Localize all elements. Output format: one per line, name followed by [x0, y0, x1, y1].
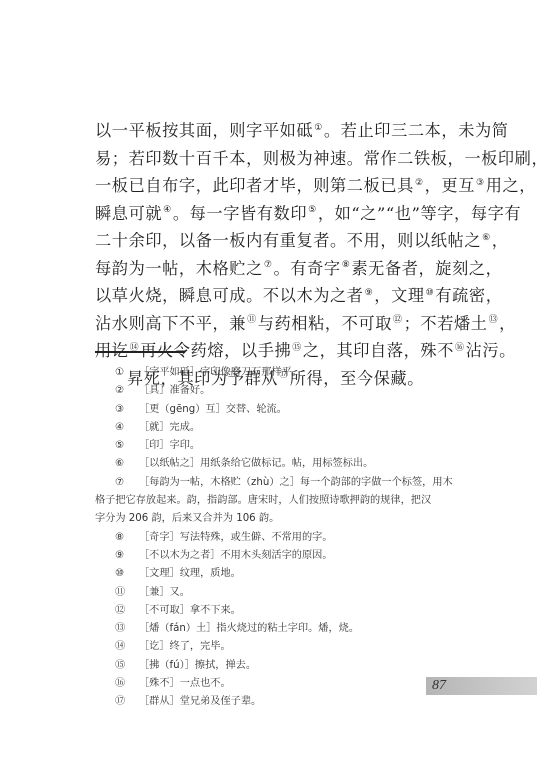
footnote-text: ［文理］纹理，质地。: [139, 568, 241, 579]
footnote-continuation: 格子把它存放起来。韵，指韵部。唐宋时，人们按照诗歌押韵的规律，把汉: [95, 492, 470, 510]
footnote-item: ⑧［奇字］写法特殊，或生僻、不常用的字。: [95, 529, 470, 547]
text-line: 易；若印数十百千本，则极为神速。常作二铁板，一板印刷，: [95, 145, 470, 173]
footnote-item: ④［就］完成。: [95, 419, 470, 437]
footnote-text: ［奇字］写法特殊，或生僻、不常用的字。: [139, 532, 333, 543]
footnote-number: ⑤: [115, 437, 139, 455]
text-segment: ；不若燔土: [404, 314, 488, 333]
text-line: 以草火烧，瞬息可成。不以木为之者⑨，文理⑩有疏密，: [95, 282, 470, 310]
text-segment: 瞬息可就: [95, 204, 162, 223]
text-line: 二十余印，以备一板内有重复者。不用，则以纸帖之⑥，: [95, 227, 470, 255]
text-segment: 沾水则高下不平，兼: [95, 314, 246, 333]
text-line: 每韵为一帖，木格贮之⑦。有奇字⑧素无备者，旋刻之，: [95, 255, 470, 283]
text-segment: 以草火烧，瞬息可成。不以木为之者: [95, 286, 364, 305]
footnote-text: ［不可取］拿不下来。: [139, 605, 241, 616]
footnote-text: ［兼］又。: [139, 587, 190, 598]
text-segment: 每韵为一帖，木格贮之: [95, 259, 263, 278]
footnote-text: ［印］字印。: [139, 440, 200, 451]
text-line: 以一平板按其面，则字平如砥①。若止印三二本，未为简: [95, 117, 470, 145]
text-segment: 素无备者，旋刻之，: [351, 259, 502, 278]
footnote-item: ⑯［殊不］一点也不。: [95, 675, 470, 693]
footnote-item: ⑪［兼］又。: [95, 584, 470, 602]
footnote-marker: ⑪: [247, 315, 257, 325]
footnote-item: ⑮［拂（fú）］擦拭，掸去。: [95, 657, 470, 675]
footnote-continuation: 字分为 206 韵，后来又合并为 106 韵。: [95, 510, 470, 528]
footnote-marker: ③: [476, 178, 485, 188]
text-segment: 之，其印自落，殊不: [303, 341, 454, 360]
footnote-item: ⑰［群从］堂兄弟及侄子辈。: [95, 693, 470, 711]
footnote-number: ⑭: [115, 638, 139, 656]
footnote-text: ［更（gēng）互］交替、轮流。: [139, 404, 287, 415]
footnote-divider: [95, 351, 185, 353]
footnote-text: ［殊不］一点也不。: [139, 678, 231, 689]
footnote-marker: ⑬: [489, 315, 499, 325]
text-segment: ，: [492, 231, 509, 250]
book-page: 以一平板按其面，则字平如砥①。若止印三二本，未为简易；若印数十百千本，则极为神速…: [0, 0, 550, 778]
footnote-text: ［群从］堂兄弟及侄子辈。: [139, 696, 261, 707]
text-segment: 用之，: [486, 176, 536, 195]
text-segment: 二十余印，以备一板内有重复者。不用，则以纸帖之: [95, 231, 481, 250]
footnote-text: ［燔（fán）土］指火烧过的粘土字印。燔，烧。: [139, 623, 359, 634]
footnote-marker: ⑯: [455, 343, 465, 353]
footnote-item: ⑦［每韵为一帖，木格贮（zhù）之］每一个韵部的字做一个标签，用木: [95, 474, 470, 492]
text-segment: 。有奇字: [274, 259, 341, 278]
footnote-text: ［字平如砥］字印像磨刀石那样平。: [139, 367, 302, 378]
footnote-marker: ④: [163, 205, 172, 215]
footnote-number: ⑥: [115, 455, 139, 473]
text-segment: 。每一字皆有数印: [173, 204, 307, 223]
footnote-number: ⑫: [115, 602, 139, 620]
page-number-tab: 87: [426, 677, 537, 695]
footnote-number: ⑯: [115, 675, 139, 693]
footnote-text: ［拂（fú）］擦拭，掸去。: [139, 660, 256, 671]
footnote-number: ⑩: [115, 565, 139, 583]
footnotes: ①［字平如砥］字印像磨刀石那样平。②［具］准备好。③［更（gēng）互］交替、轮…: [95, 364, 470, 712]
footnote-number: ⑨: [115, 547, 139, 565]
footnote-marker: ⑫: [393, 315, 403, 325]
footnote-number: ④: [115, 419, 139, 437]
footnote-marker: ①: [314, 123, 323, 133]
text-segment: ，更互: [425, 176, 475, 195]
footnote-marker: ⑮: [292, 343, 302, 353]
footnote-marker: ⑨: [365, 288, 374, 298]
footnote-text: ［以纸帖之］用纸条给它做标记。帖，用标签标出。: [139, 458, 373, 469]
text-segment: 以一平板按其面，则字平如砥: [95, 121, 313, 140]
text-segment: 易；若印数十百千本，则极为神速。常作二铁板，一板印刷，: [95, 149, 548, 168]
footnote-marker: ⑤: [308, 205, 317, 215]
footnote-marker: ⑧: [342, 260, 351, 270]
footnote-number: ⑰: [115, 693, 139, 711]
footnote-text: ［每韵为一帖，木格贮（zhù）之］每一个韵部的字做一个标签，用木: [139, 477, 453, 488]
footnote-number: ③: [115, 401, 139, 419]
text-segment: ，文理: [374, 286, 424, 305]
text-segment: ，: [499, 314, 516, 333]
footnote-text: ［讫］终了，完毕。: [139, 641, 231, 652]
footnote-number: ⑦: [115, 474, 139, 492]
text-segment: ，如“之”“也”等字，每字有: [318, 204, 521, 223]
footnote-item: ⑬［燔（fán）土］指火烧过的粘土字印。燔，烧。: [95, 620, 470, 638]
footnote-marker: ②: [415, 178, 424, 188]
footnote-number: ⑬: [115, 620, 139, 638]
footnote-item: ⑩［文理］纹理，质地。: [95, 565, 470, 583]
footnote-number: ①: [115, 364, 139, 382]
text-segment: 与药相粘，不可取: [258, 314, 392, 333]
page-number: 87: [432, 678, 446, 694]
footnote-marker: ⑩: [426, 288, 435, 298]
text-segment: 有疏密，: [435, 286, 502, 305]
footnote-item: ③［更（gēng）互］交替、轮流。: [95, 401, 470, 419]
footnote-item: ⑭［讫］终了，完毕。: [95, 638, 470, 656]
footnote-text: ［不以木为之者］不用木头刻活字的原因。: [139, 550, 333, 561]
footnote-item: ⑨［不以木为之者］不用木头刻活字的原因。: [95, 547, 470, 565]
footnote-item: ⑥［以纸帖之］用纸条给它做标记。帖，用标签标出。: [95, 455, 470, 473]
footnote-marker: ⑥: [482, 233, 491, 243]
footnote-item: ①［字平如砥］字印像磨刀石那样平。: [95, 364, 470, 382]
text-segment: 一板已自布字，此印者才毕，则第二板已具: [95, 176, 414, 195]
footnote-number: ⑮: [115, 657, 139, 675]
footnote-number: ⑧: [115, 529, 139, 547]
footnote-item: ②［具］准备好。: [95, 382, 470, 400]
footnote-item: ⑤［印］字印。: [95, 437, 470, 455]
text-line: 沾水则高下不平，兼⑪与药相粘，不可取⑫；不若燔土⑬，: [95, 310, 470, 338]
text-segment: 沾污。: [466, 341, 516, 360]
footnote-number: ⑪: [115, 584, 139, 602]
footnote-text: ［具］准备好。: [139, 385, 210, 396]
text-segment: 。若止印三二本，未为简: [324, 121, 509, 140]
text-line: 瞬息可就④。每一字皆有数印⑤，如“之”“也”等字，每字有: [95, 200, 470, 228]
footnote-item: ⑫［不可取］拿不下来。: [95, 602, 470, 620]
footnote-number: ②: [115, 382, 139, 400]
footnote-marker: ⑦: [264, 260, 273, 270]
footnote-text: ［就］完成。: [139, 422, 200, 433]
text-line: 一板已自布字，此印者才毕，则第二板已具②，更互③用之，: [95, 172, 470, 200]
